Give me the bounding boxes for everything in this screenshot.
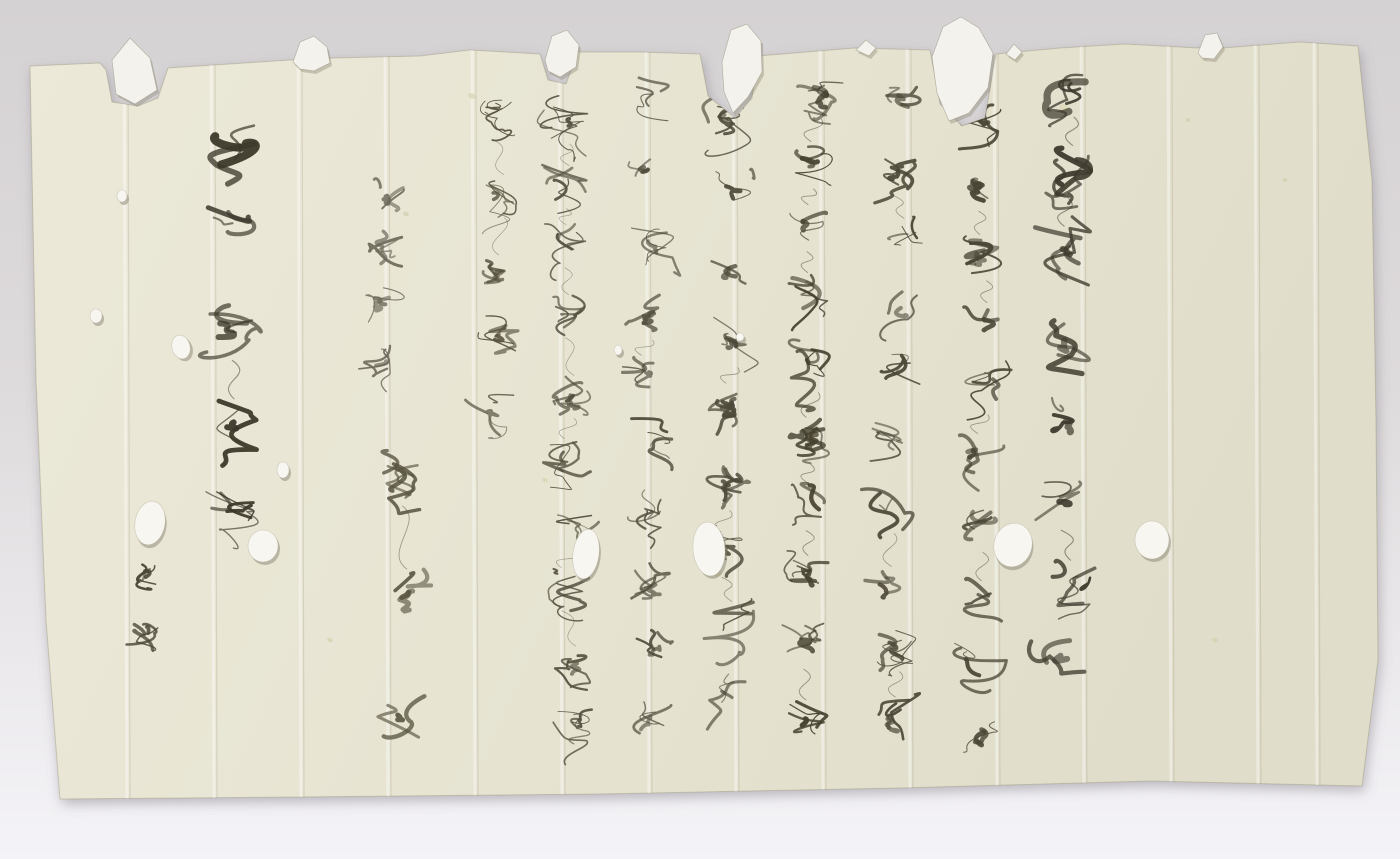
manuscript-scene [0, 0, 1400, 859]
manuscript-photo [0, 0, 1400, 859]
